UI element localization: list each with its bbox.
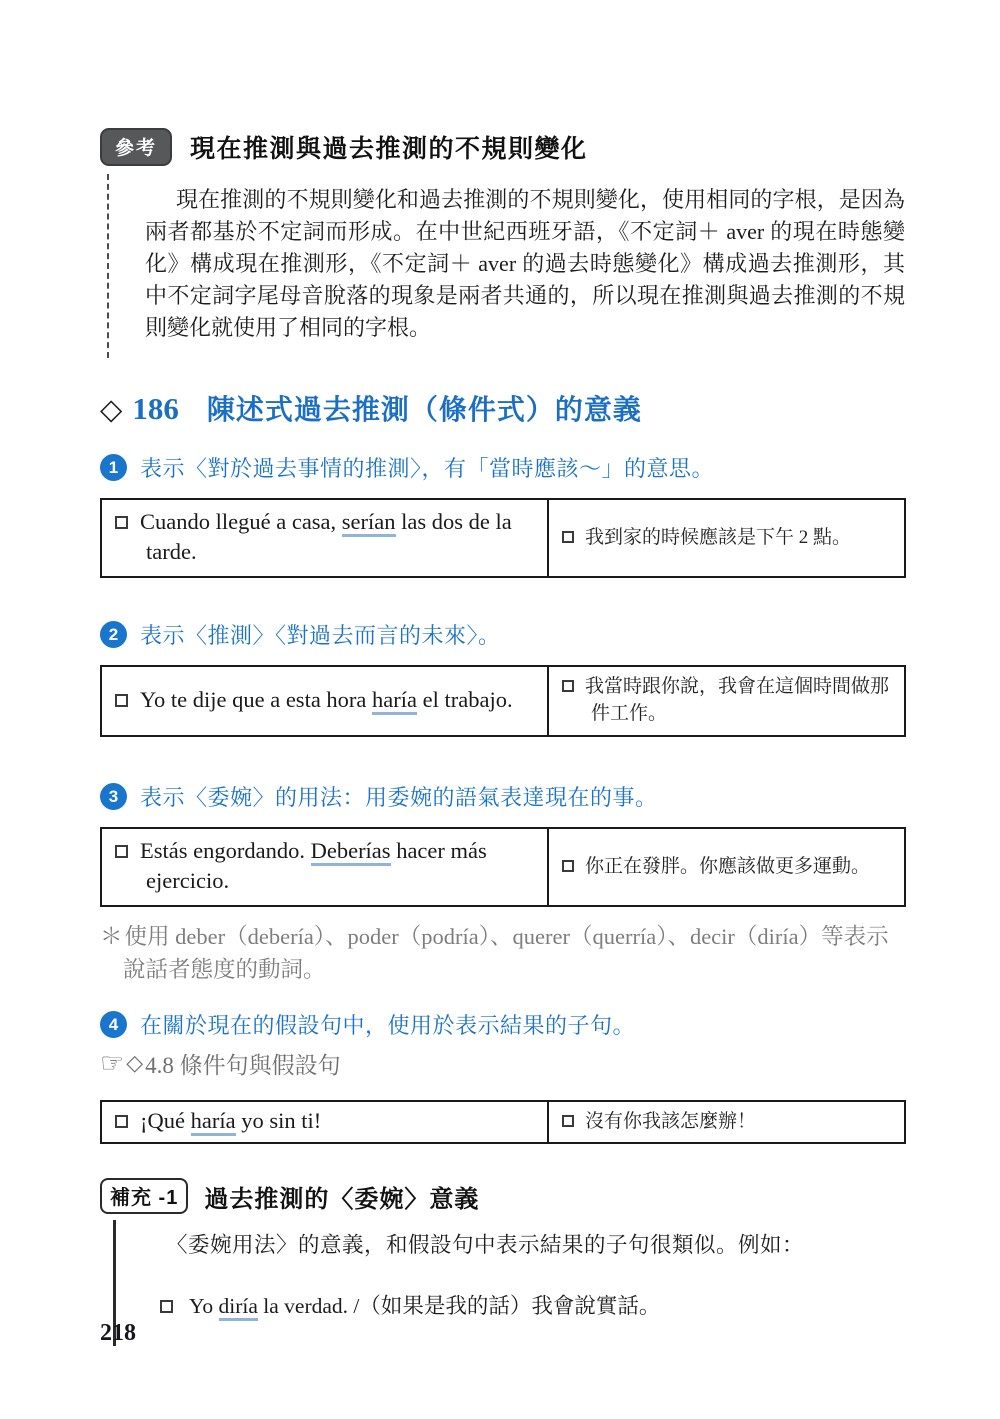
chinese-cell: 沒有你我該怎麼辦！ [548,1101,905,1143]
asterisk-marker: ＊ [100,924,123,949]
checkbox-icon [562,680,574,692]
supplement-title: 過去推測的〈委婉〉意義 [204,1179,479,1214]
cross-reference-text: 4.8 條件句與假設句 [145,1047,341,1080]
checkbox-icon [562,860,574,872]
chinese-translation: 沒有你我該怎麼辦！ [585,1111,756,1132]
supplement-badge: 補充 -1 [100,1178,188,1214]
point-1-text: 表示〈對於過去事情的推測〉，有「當時應該～」的意思。 [140,452,714,483]
point-4-number-icon: 4 [100,1011,127,1038]
supplement-header: 補充 -1 過去推測的〈委婉〉意義 [100,1178,906,1214]
example-sentence-post: la verdad. /（如果是我的話）我會說實話。 [258,1294,661,1318]
point-4-text: 在關於現在的假設句中，使用於表示結果的子句。 [140,1009,635,1040]
checkbox-icon [115,845,128,858]
checkbox-icon [115,1115,128,1128]
point-3: 3 表示〈委婉〉的用法：用委婉的語氣表達現在的事。 [100,781,906,812]
chinese-cell: 我到家的時候應該是下午 2 點。 [548,499,905,577]
conditional-verb: serían [342,509,396,537]
pointing-hand-icon: ☞ [100,1048,124,1079]
table-row: ¡Qué haría yo sin ti! 沒有你我該怎麼辦！ [101,1101,905,1143]
point-2-number-icon: 2 [100,621,127,648]
conditional-verb: haría [372,687,417,715]
supplement-paragraph: 〈委婉用法〉的意義，和假設句中表示結果的子句很類似。例如： [166,1228,906,1259]
diamond-icon: ◇ [126,1051,143,1076]
spanish-sentence-pre: Estás engordando. [140,838,311,863]
example-table-2: Yo te dije que a esta hora haría el trab… [100,665,906,737]
spanish-sentence-pre: ¡Qué [140,1108,191,1133]
section-number: 186 [132,391,179,427]
point-1: 1 表示〈對於過去事情的推測〉，有「當時應該～」的意思。 [100,452,906,483]
table-row: Estás engordando. Deberías hacer más eje… [101,828,905,906]
chinese-cell: 你正在發胖。你應該做更多運動。 [548,828,905,906]
spanish-cell: Yo te dije que a esta hora haría el trab… [101,666,548,736]
point-3-text: 表示〈委婉〉的用法：用委婉的語氣表達現在的事。 [140,781,658,812]
example-table-4: ¡Qué haría yo sin ti! 沒有你我該怎麼辦！ [100,1100,906,1144]
table-row: Cuando llegué a casa, serían las dos de … [101,499,905,577]
page-number: 218 [100,1320,136,1347]
checkbox-icon [562,531,574,543]
supplement-example: Yo diría la verdad. /（如果是我的話）我會說實話。 [160,1289,906,1320]
spanish-cell: ¡Qué haría yo sin ti! [101,1101,548,1143]
checkbox-icon [115,516,128,529]
section-heading: ◇ 186 陳述式過去推測（條件式）的意義 [100,388,906,428]
example-sentence-pre: Yo [189,1294,219,1318]
page-content: 參考 現在推測與過去推測的不規則變化 現在推測的不規則變化和過去推測的不規則變化… [100,0,906,1346]
conditional-verb: diría [219,1294,258,1321]
spanish-cell: Estás engordando. Deberías hacer más eje… [101,828,548,906]
point-2-text: 表示〈推測〉〈對過去而言的未來〉。 [140,619,501,650]
chinese-cell: 我當時跟你說，我會在這個時間做那件工作。 [548,666,905,736]
chinese-translation: 你正在發胖。你應該做更多運動。 [585,856,870,877]
conditional-verb: haría [191,1108,236,1136]
reference-paragraph: 現在推測的不規則變化和過去推測的不規則變化，使用相同的字根，是因為兩者都基於不定… [145,184,905,344]
chinese-translation: 我當時跟你說，我會在這個時間做那件工作。 [585,676,889,724]
reference-badge: 參考 [100,128,172,166]
table-row: Yo te dije que a esta hora haría el trab… [101,666,905,736]
spanish-sentence-pre: Cuando llegué a casa, [140,509,342,534]
checkbox-icon [562,1115,574,1127]
reference-body: 現在推測的不規則變化和過去推測的不規則變化，使用相同的字根，是因為兩者都基於不定… [107,174,906,358]
chinese-translation: 我到家的時候應該是下午 2 點。 [585,527,851,548]
reference-title: 現在推測與過去推測的不規則變化 [190,129,588,165]
supplement-body: 〈委婉用法〉的意義，和假設句中表示結果的子句很類似。例如： Yo diría l… [113,1220,906,1346]
point-2: 2 表示〈推測〉〈對過去而言的未來〉。 [100,619,906,650]
cross-reference: ☞ ◇ 4.8 條件句與假設句 [100,1047,906,1080]
point-3-number-icon: 3 [100,783,127,810]
example-table-1: Cuando llegué a casa, serían las dos de … [100,498,906,578]
point-1-number-icon: 1 [100,454,127,481]
usage-note-text: 使用 deber（debería）、poder（podría）、querer（q… [123,924,889,982]
conditional-verb: Deberías [311,838,391,866]
spanish-sentence-post: yo sin ti! [236,1108,322,1133]
spanish-cell: Cuando llegué a casa, serían las dos de … [101,499,548,577]
checkbox-icon [160,1300,173,1313]
usage-note: ＊使用 deber（debería）、poder（podría）、querer（… [100,920,890,986]
example-table-3: Estás engordando. Deberías hacer más eje… [100,827,906,907]
section-title: 陳述式過去推測（條件式）的意義 [207,388,642,428]
spanish-sentence-post: el trabajo. [417,687,513,712]
checkbox-icon [115,694,128,707]
diamond-icon: ◇ [100,392,122,426]
spanish-sentence-pre: Yo te dije que a esta hora [140,687,372,712]
point-4: 4 在關於現在的假設句中，使用於表示結果的子句。 [100,1009,906,1040]
reference-header: 參考 現在推測與過去推測的不規則變化 [100,128,906,166]
